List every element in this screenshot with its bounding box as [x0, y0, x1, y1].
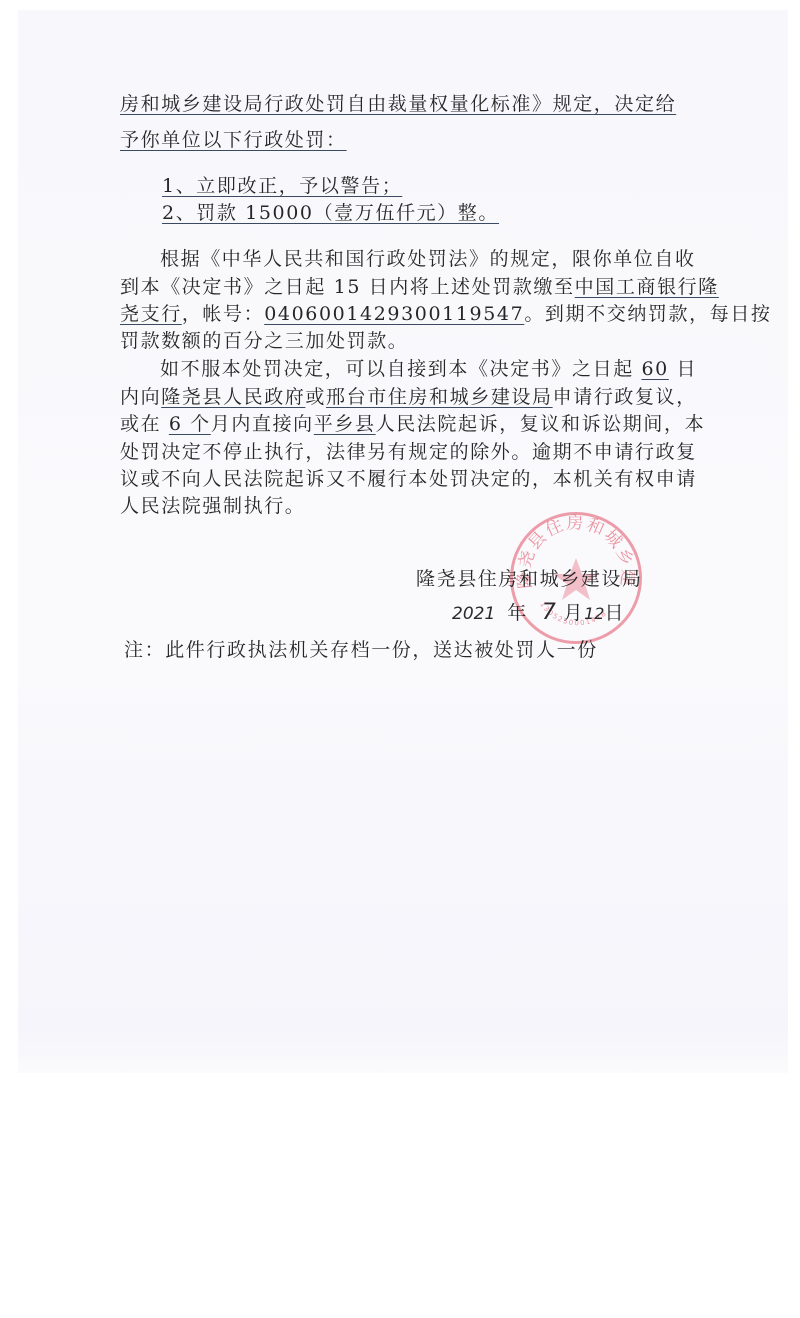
lawsuit-months: 6 个 — [169, 413, 211, 435]
para2-line-1: 如不服本处罚决定，可以自接到本《决定书》之日起 60 日 — [160, 357, 697, 381]
county-government: 隆尧县人民政府 — [161, 386, 305, 408]
text-line-1: 房和城乡建设局行政处罚自由裁量权量化标准》规定，决定给 — [120, 92, 676, 116]
issuing-organization: 隆尧县住房和城乡建设局 — [416, 567, 643, 591]
handwritten-year: 2021 — [452, 604, 495, 624]
para2-line-3: 或在 6 个月内直接向平乡县人民法院起诉，复议和诉讼期间，本 — [120, 412, 705, 436]
para1-l2-text: 到本《决定书》之日起 15 日内将上述处罚款缴至 — [120, 276, 575, 298]
para2-l3-end: 人民法院起诉，复议和诉讼期间，本 — [376, 413, 706, 435]
para2-line-4: 处罚决定不停止执行，法律另有规定的除外。逾期不申请行政复 — [120, 440, 697, 464]
bank-branch: 尧支行 — [120, 303, 182, 325]
appeal-days: 60 — [641, 358, 668, 380]
scanned-page — [18, 10, 788, 1073]
text-line-2: 予你单位以下行政处罚： — [120, 128, 347, 152]
para2-l3-start: 或在 — [120, 413, 169, 435]
penalty-item-2: 2、罚款 15000（壹万伍仟元）整。 — [162, 201, 499, 225]
issue-date: 2021年7月12日 — [452, 601, 625, 626]
para1-l3-rest: 。到期不交纳罚款，每日按 — [524, 303, 771, 325]
handwritten-month: 7 — [542, 600, 558, 625]
day-label: 日 — [604, 602, 625, 624]
para2-l2-or: 或 — [305, 386, 326, 408]
para1-line-2: 到本《决定书》之日起 15 日内将上述处罚款缴至中国工商银行隆 — [120, 275, 719, 299]
para2-l1-end: 日 — [669, 358, 697, 380]
court-county: 平乡县 — [314, 413, 376, 435]
para2-line-6: 人民法院强制执行。 — [120, 494, 305, 518]
account-number: 0406001429300119547 — [264, 303, 524, 325]
city-bureau: 邢台市住房和城乡建设局 — [326, 386, 553, 408]
archive-note: 注：此件行政执法机关存档一份，送达被处罚人一份 — [124, 638, 598, 662]
para2-l3-mid: 月内直接向 — [211, 413, 314, 435]
para2-l2-start: 内向 — [120, 386, 161, 408]
para2-l1-text: 如不服本处罚决定，可以自接到本《决定书》之日起 — [160, 358, 641, 380]
month-label: 月 — [563, 602, 584, 624]
para1-line-1: 根据《中华人民共和国行政处罚法》的规定，限你单位自收 — [160, 247, 696, 271]
account-label: ，帐号： — [182, 303, 264, 325]
para2-line-2: 内向隆尧县人民政府或邢台市住房和城乡建设局申请行政复议， — [120, 385, 697, 409]
handwritten-day: 12 — [584, 604, 604, 623]
bank-name: 中国工商银行隆 — [575, 276, 719, 298]
para1-line-4: 罚款数额的百分之三加处罚款。 — [120, 329, 408, 353]
para2-l2-end: 申请行政复议， — [553, 386, 697, 408]
para1-line-3: 尧支行，帐号：0406001429300119547。到期不交纳罚款，每日按 — [120, 302, 772, 326]
para2-line-5: 议或不向人民法院起诉又不履行本处罚决定的，本机关有权申请 — [120, 467, 697, 491]
penalty-item-1: 1、立即改正，予以警告； — [162, 174, 402, 198]
year-label: 年 — [507, 602, 528, 624]
